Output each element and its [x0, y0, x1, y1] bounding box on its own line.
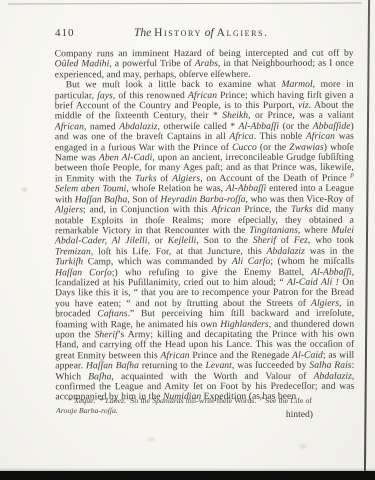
scan-speck [148, 438, 155, 441]
running-header: 410 The History of Algiers. [55, 27, 354, 39]
scan-speck [300, 445, 306, 448]
scan-speck [22, 188, 27, 191]
paragraph-continuation: Company runs an imminent Hazard of being… [55, 49, 354, 81]
paragraph-main: But we muſt look a little back to examin… [55, 80, 355, 403]
page-bottom-edge-bar [0, 471, 375, 480]
title-word-algiers: Algiers. [217, 27, 269, 39]
page-number: 410 [55, 27, 75, 39]
catchword-row: hinted) [55, 409, 313, 420]
scanned-book-page: 410 The History of Algiers. Company runs… [0, 0, 375, 480]
catchword: hinted) [286, 409, 313, 420]
title-lead: The [134, 27, 151, 39]
title-mid: of [205, 27, 214, 39]
body-text: Company runs an imminent Hazard of being… [55, 49, 355, 403]
title-word-history: History [154, 27, 202, 39]
page-title: The History of Algiers. [75, 27, 355, 39]
